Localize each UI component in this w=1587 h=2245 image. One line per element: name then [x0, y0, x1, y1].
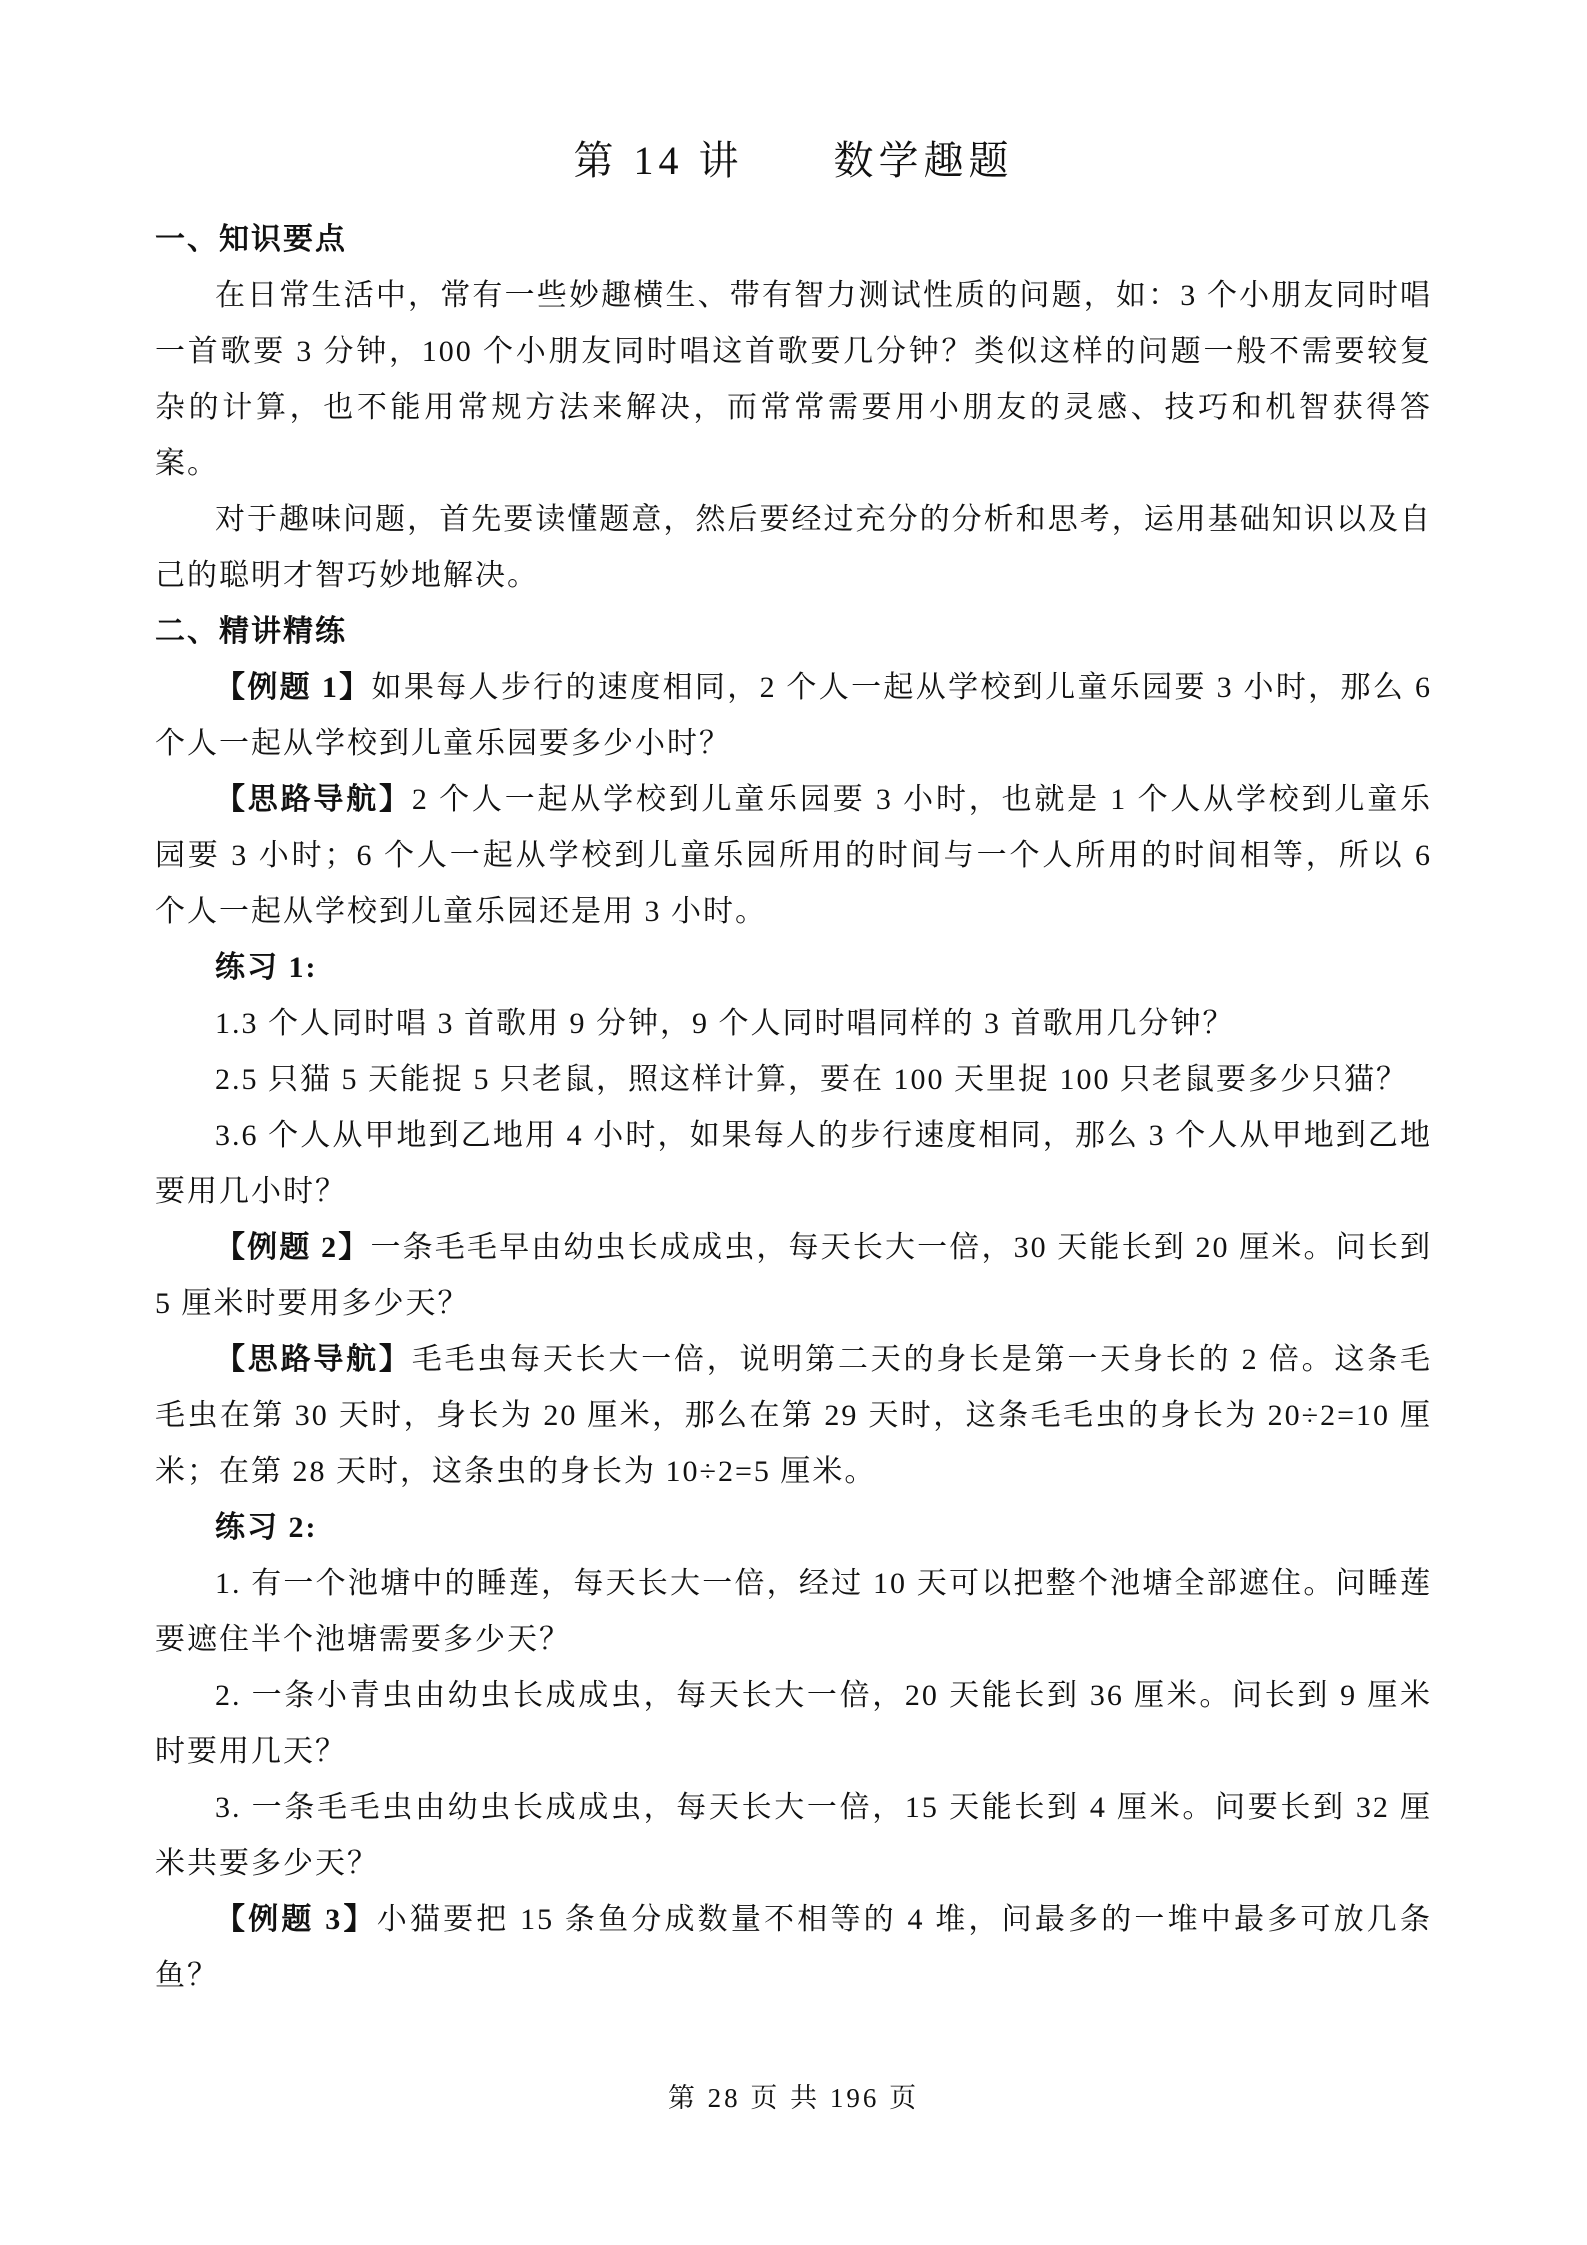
document-body: 一、知识要点在日常生活中，常有一些妙趣横生、带有智力测试性质的问题，如：3 个小…: [155, 212, 1432, 2004]
example-2-label: 【例题 2】: [215, 1231, 370, 1264]
para-intro: 在日常生活中，常有一些妙趣横生、带有智力测试性质的问题，如：3 个小朋友同时唱一…: [155, 268, 1432, 492]
para-navigation-2: 【思路导航】毛毛虫每天长大一倍，说明第二天的身长是第一天身长的 2 倍。这条毛毛…: [155, 1332, 1432, 1500]
practice-1-item-2: 2.5 只猫 5 天能捉 5 只老鼠，照这样计算，要在 100 天里捉 100 …: [155, 1052, 1432, 1108]
document-page: 第 14 讲 数学趣题 一、知识要点在日常生活中，常有一些妙趣横生、带有智力测试…: [0, 0, 1587, 2245]
practice-2-item-3: 3. 一条毛毛虫由幼虫长成成虫，每天长大一倍，15 天能长到 4 厘米。问要长到…: [155, 1780, 1432, 1892]
para-example-1: 【例题 1】如果每人步行的速度相同，2 个人一起从学校到儿童乐园要 3 小时，那…: [155, 660, 1432, 772]
para-example-3: 【例题 3】小猫要把 15 条鱼分成数量不相等的 4 堆，问最多的一堆中最多可放…: [155, 1892, 1432, 2004]
page-footer: 第 28 页 共 196 页: [0, 2076, 1587, 2115]
example-3-label: 【例题 3】: [215, 1903, 377, 1936]
navigation-1-label: 【思路导航】: [215, 783, 412, 816]
para-navigation-1: 【思路导航】2 个人一起从学校到儿童乐园要 3 小时，也就是 1 个人从学校到儿…: [155, 772, 1432, 940]
practice-2-item-1: 1. 有一个池塘中的睡莲，每天长大一倍，经过 10 天可以把整个池塘全部遮住。问…: [155, 1556, 1432, 1668]
para-approach: 对于趣味问题，首先要读懂题意，然后要经过充分的分析和思考，运用基础知识以及自己的…: [155, 492, 1432, 604]
practice-2-item-2: 2. 一条小青虫由幼虫长成成虫，每天长大一倍，20 天能长到 36 厘米。问长到…: [155, 1668, 1432, 1780]
heading-knowledge-points: 一、知识要点: [155, 212, 1432, 268]
heading-lecture-practice: 二、精讲精练: [155, 604, 1432, 660]
practice-1-item-3: 3.6 个人从甲地到乙地用 4 小时，如果每人的步行速度相同，那么 3 个人从甲…: [155, 1108, 1432, 1220]
subheading-practice-1: 练习 1:: [155, 940, 1432, 996]
navigation-2-label: 【思路导航】: [215, 1343, 412, 1376]
para-example-2: 【例题 2】一条毛毛早由幼虫长成成虫，每天长大一倍，30 天能长到 20 厘米。…: [155, 1220, 1432, 1332]
practice-1-item-1: 1.3 个人同时唱 3 首歌用 9 分钟，9 个人同时唱同样的 3 首歌用几分钟…: [155, 996, 1432, 1052]
lesson-title: 第 14 讲 数学趣题: [155, 128, 1432, 194]
example-1-label: 【例题 1】: [215, 671, 372, 704]
subheading-practice-2: 练习 2:: [155, 1500, 1432, 1556]
